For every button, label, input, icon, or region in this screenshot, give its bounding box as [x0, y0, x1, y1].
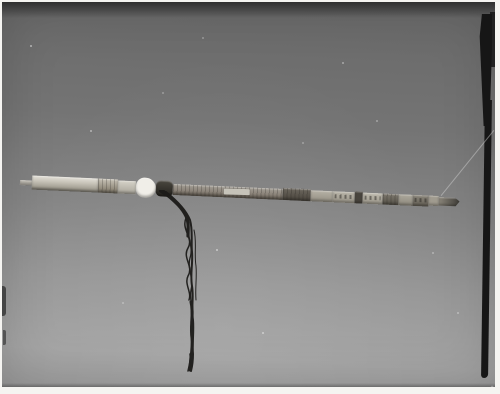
specimen-label [224, 188, 250, 195]
stem-segment-bone-section [32, 176, 99, 193]
top-right-corner-dark-patch [490, 12, 495, 67]
photo-caption: Black-and-white photograph of a long dec… [0, 0, 1, 1]
stem-segment-pattern-band-2 [412, 194, 428, 206]
stem-segment-tip-taper [438, 197, 459, 207]
stem-segment-marked-band [332, 191, 354, 203]
stem-segment-quill-wrap [98, 179, 119, 194]
tassel-strand [194, 230, 196, 300]
left-edge-smudge [2, 286, 6, 316]
stem-segment-inscribed-band [362, 192, 382, 204]
tassel-strand [166, 192, 193, 371]
dust-specks [2, 2, 4, 4]
stem-segment-mouthpiece-tenon [20, 180, 32, 186]
photograph-print: Black-and-white photograph of a long dec… [0, 0, 500, 394]
stem-segment-light-tip-band [428, 196, 438, 206]
stem-segment-pattern-band [382, 193, 398, 205]
tassel-strand [162, 190, 188, 236]
stem-segment-light-band [310, 190, 332, 202]
stem-segment-dark-wrap [282, 188, 311, 201]
stem-segment-light-band-2 [398, 194, 412, 206]
tassel [150, 190, 210, 372]
photo-background [2, 2, 495, 387]
stem-segment-pale-section [118, 180, 137, 194]
left-edge-smudge-small [3, 330, 6, 345]
photo-top-edge-shadow [2, 2, 495, 18]
photo-bottom-edge-shadow [2, 383, 495, 387]
